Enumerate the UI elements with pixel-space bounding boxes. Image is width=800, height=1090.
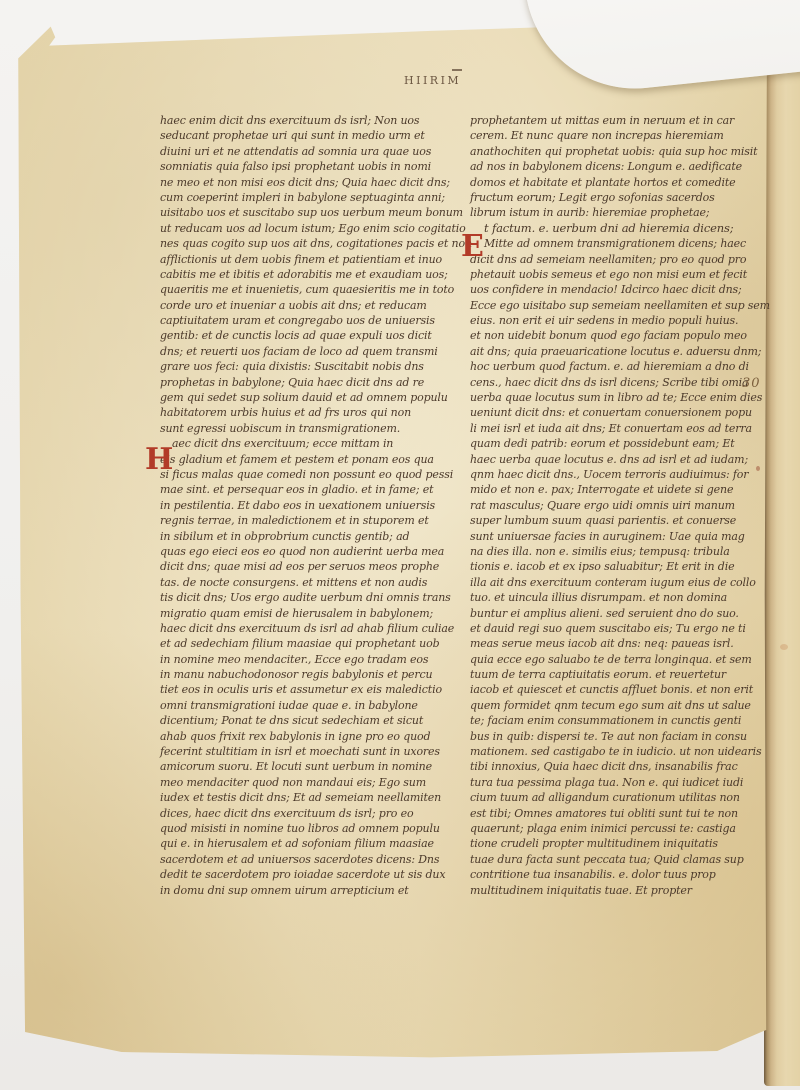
text-line: regnis terrae, in maledictionem et in st… (160, 513, 462, 528)
text-line: dicit dns; quae misi ad eos per seruos m… (160, 559, 462, 574)
macron-mark (452, 69, 462, 71)
text-line: quam dedi patrib: eorum et possidebunt e… (470, 436, 772, 451)
text-line: cerem. Et nunc quare non increpas hierem… (470, 128, 772, 143)
text-line: tuum de terra captiuitatis eorum. et reu… (470, 667, 772, 682)
text-line: tuae dura facta sunt peccata tua; Quid c… (470, 852, 772, 867)
text-line: tura tua pessima plaga tua. Non e. qui i… (470, 775, 772, 790)
text-line: afflictionis ut dem uobis finem et patie… (160, 252, 462, 267)
text-line: et non uidebit bonum quod ego faciam pop… (470, 328, 772, 343)
text-line: tibi innoxius, Quia haec dicit dns, insa… (470, 759, 772, 774)
text-line: tis dicit dns; Uos ergo audite uerbum dn… (160, 590, 462, 605)
text-line: sacerdotem et ad uniuersos sacerdotes di… (160, 852, 462, 867)
text-line: rat masculus; Quare ergo uidi omnis uiri… (470, 498, 772, 513)
text-line: hoc uerbum quod factum. e. ad hieremiam … (470, 359, 772, 374)
text-line: quas ego eieci eos eo quod non audierint… (160, 544, 462, 559)
text-line: si ficus malas quae comedi non possunt e… (160, 467, 462, 482)
text-line: Ecce ego uisitabo sup semeiam neellamite… (470, 298, 772, 313)
text-line: habitatorem urbis huius et ad frs uros q… (160, 405, 462, 420)
text-line: ne meo et non misi eos dicit dns; Quia h… (160, 175, 462, 190)
text-line: iudex et testis dicit dns; Et ad semeiam… (160, 790, 462, 805)
text-line: Mitte ad omnem transmigrationem dicens; … (470, 236, 772, 251)
text-line: li mei isrl et iuda ait dns; Et conuerta… (470, 421, 772, 436)
text-line: quaerunt; plaga enim inimici percussi te… (470, 821, 772, 836)
text-line: in nomine meo mendaciter., Ecce ego trad… (160, 652, 462, 667)
running-title: HIIRIM (404, 74, 461, 87)
rubric-initial-h: H (145, 445, 173, 475)
text-line: haec uerba quae locutus e. dns ad isrl e… (470, 452, 772, 467)
text-line: cabitis me et ibitis et adorabitis me et… (160, 267, 462, 282)
text-line: uerba quae locutus sum in libro ad te; E… (470, 390, 772, 405)
text-line: fructum eorum; Legit ergo sofonias sacer… (470, 190, 772, 205)
text-line: tionis e. iacob et ex ipso saluabitur; E… (470, 559, 772, 574)
text-line: haec enim dicit dns exercituum ds isrl; … (160, 113, 462, 128)
text-line: corde uro et inueniar a uobis ait dns; e… (160, 298, 462, 313)
text-line: eius. non erit ei uir sedens in medio po… (470, 313, 772, 328)
text-line: sunt egressi uobiscum in transmigratione… (160, 421, 462, 436)
right-text-column: prophetantem ut mittas eum in neruum et … (470, 113, 772, 898)
text-line: ut reducam uos ad locum istum; Ego enim … (160, 221, 462, 236)
text-line: haec dicit dns exercituum ds isrl ad aha… (160, 621, 462, 636)
text-line: mae sint. et persequar eos in gladio. et… (160, 482, 462, 497)
text-line: tas. de nocte consurgens. et mittens et … (160, 575, 462, 590)
text-line: grare uos feci: quia dixistis: Suscitabi… (160, 359, 462, 374)
text-line: meas serue meus iacob ait dns: neq: paue… (470, 636, 772, 651)
text-line: uisitabo uos et suscitabo sup uos uerbum… (160, 205, 462, 220)
text-line: mido et non e. pax; Interrogate et uidet… (470, 482, 772, 497)
text-line: tione crudeli propter multitudinem iniqu… (470, 836, 772, 851)
text-line: iacob et quiescet et cunctis affluet bon… (470, 682, 772, 697)
text-line: et ad sedechiam filium maasiae qui proph… (160, 636, 462, 651)
text-line: in sibilum et in obprobrium cunctis gent… (160, 529, 462, 544)
margin-ink-dot (756, 466, 760, 471)
text-line: gentib: et de cunctis locis ad quae expu… (160, 328, 462, 343)
text-line: prophetas in babylone; Quia haec dicit d… (160, 375, 462, 390)
text-line: quem formidet qnm tecum ego sum ait dns … (470, 698, 772, 713)
text-line: ait dns; quia praeuaricatione locutus e.… (470, 344, 772, 359)
text-line: na dies illa. non e. similis eius; tempu… (470, 544, 772, 559)
text-line: dedit te sacerdotem pro ioiadae sacerdot… (160, 867, 462, 882)
text-line: amicorum suoru. Et locuti sunt uerbum in… (160, 759, 462, 774)
text-line: sunt uniuersae facies in auruginem: Uae … (470, 529, 772, 544)
text-line: ad nos in babylonem dicens: Longum e. ae… (470, 159, 772, 174)
text-line: in pestilentia. Et dabo eos in uexatione… (160, 498, 462, 513)
text-line: cum coeperint impleri in babylone septua… (160, 190, 462, 205)
text-line: bus in quib: dispersi te. Te aut non fac… (470, 729, 772, 744)
text-line: tuo. et uincula illius disrumpam. et non… (470, 590, 772, 605)
text-line: qui e. in hierusalem et ad sofoniam fili… (160, 836, 462, 851)
text-line: est tibi; Omnes amatores tui obliti sunt… (470, 806, 772, 821)
text-line: anathochiten qui prophetat uobis: quia s… (470, 144, 772, 159)
text-line: dices, haec dicit dns exercituum ds isrl… (160, 806, 462, 821)
text-line: in domu dni sup omnem uirum arrepticium … (160, 883, 462, 898)
text-line: uos confidere in mendacio! Idcirco haec … (470, 282, 772, 297)
text-line: diuini uri et ne attendatis ad somnia ur… (160, 144, 462, 159)
text-line: meo mendaciter quod non mandaui eis; Ego… (160, 775, 462, 790)
text-line: domos et habitate et plantate hortos et … (470, 175, 772, 190)
text-line: ahab quos frixit rex babylonis in igne p… (160, 729, 462, 744)
text-line: phetauit uobis semeus et ego non misi eu… (470, 267, 772, 282)
chapter-30-margin-note: 30 (742, 376, 761, 391)
text-line: multitudinem iniquitatis tuae. Et propte… (470, 883, 772, 898)
text-line: librum istum in aurib: hieremiae prophet… (470, 205, 772, 220)
text-line: omni transmigrationi iudae quae e. in ba… (160, 698, 462, 713)
text-line: nes quas cogito sup uos ait dns, cogitat… (160, 236, 462, 251)
text-line: cium tuum ad alligandum curationum utili… (470, 790, 772, 805)
text-line: contritione tua insanabilis. e. dolor tu… (470, 867, 772, 882)
text-line: t factum. e. uerbum dni ad hieremia dice… (470, 221, 772, 236)
text-line: migratio quam emisi de hierusalem in bab… (160, 606, 462, 621)
text-line: seducant prophetae uri qui sunt in medio… (160, 128, 462, 143)
text-line: quaeritis me et inuenietis, cum quaesier… (160, 282, 462, 297)
left-text-column: haec enim dicit dns exercituum ds isrl; … (160, 113, 462, 898)
text-line: buntur ei amplius alieni. sed seruient d… (470, 606, 772, 621)
text-line: gem qui sedet sup solium dauid et ad omn… (160, 390, 462, 405)
text-line: qnm haec dicit dns., Uocem terroris audi… (470, 467, 772, 482)
text-line: prophetantem ut mittas eum in neruum et … (470, 113, 772, 128)
text-line: et dauid regi suo quem suscitabo eis; Tu… (470, 621, 772, 636)
text-line: in manu nabuchodonosor regis babylonis e… (160, 667, 462, 682)
text-line: illa ait dns exercituum conteram iugum e… (470, 575, 772, 590)
text-line: dns; et reuerti uos faciam de loco ad qu… (160, 344, 462, 359)
text-line: dicit dns ad semeiam neellamiten; pro eo… (470, 252, 772, 267)
text-line: te; faciam enim consummationem in cuncti… (470, 713, 772, 728)
text-line: cens., haec dicit dns ds isrl dicens; Sc… (470, 375, 772, 390)
margin-stain-dot (780, 644, 788, 650)
text-line: super lumbum suum quasi parientis. et co… (470, 513, 772, 528)
text-line: eis gladium et famem et pestem et ponam … (160, 452, 462, 467)
text-line: fecerint stultitiam in isrl et moechati … (160, 744, 462, 759)
text-line: somniatis quia falso ipsi prophetant uob… (160, 159, 462, 174)
text-line: mationem. sed castigabo te in iudicio. u… (470, 744, 772, 759)
text-line: tiet eos in oculis uris et assumetur ex … (160, 682, 462, 697)
text-line: ueniunt dicit dns: et conuertam conuersi… (470, 405, 772, 420)
text-line: aec dicit dns exercituum; ecce mittam in (160, 436, 462, 451)
rubric-initial-e: E (461, 232, 484, 262)
text-line: captiuitatem uram et congregabo uos de u… (160, 313, 462, 328)
text-line: dicentium; Ponat te dns sicut sedechiam … (160, 713, 462, 728)
text-line: quod misisti in nomine tuo libros ad omn… (160, 821, 462, 836)
text-line: quia ecce ego saluabo te de terra longin… (470, 652, 772, 667)
